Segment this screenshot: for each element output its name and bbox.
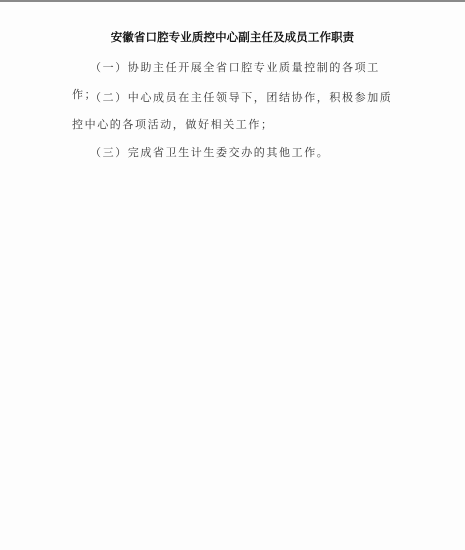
document-title: 安徽省口腔专业质控中心副主任及成员工作职责 bbox=[0, 29, 465, 45]
duty-item-2: （二）中心成员在主任领导下，团结协作，积极参加质控中心的各项活动，做好相关工作； bbox=[72, 84, 402, 138]
duty-item-3: （三）完成省卫生计生委交办的其他工作。 bbox=[72, 139, 402, 166]
document-page: 安徽省口腔专业质控中心副主任及成员工作职责 （一）协助主任开展全省口腔专业质量控… bbox=[0, 2, 465, 550]
